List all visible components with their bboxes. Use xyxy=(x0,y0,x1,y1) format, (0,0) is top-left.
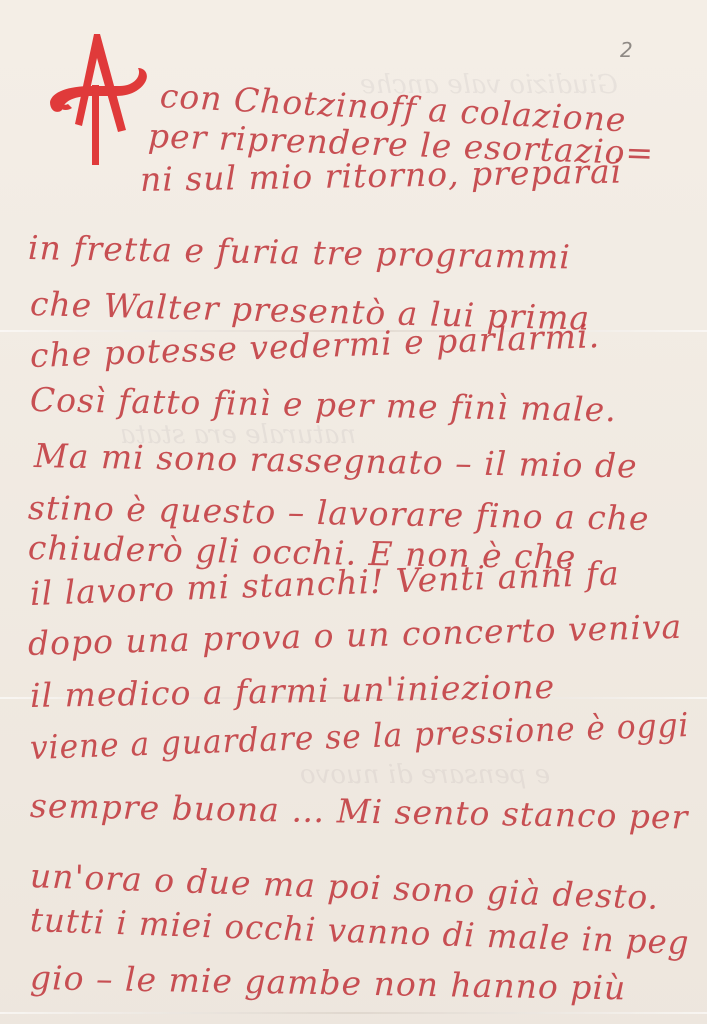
letter-line-3: ni sul mio ritorno, preparai xyxy=(140,152,623,199)
letter-line-13: il medico a farmi un'iniezione xyxy=(30,667,556,715)
letter-line-8: Ma mi sono rassegnato – il mio de xyxy=(34,436,638,486)
letter-line-18: gio – le mie gambe non hanno più xyxy=(30,958,627,1007)
letter-line-14: viene a guardare se la pressione è oggi xyxy=(29,705,690,767)
page-number-mark: 2 xyxy=(620,38,633,62)
monogram-a-icon xyxy=(42,30,152,168)
fold-crease xyxy=(0,1012,707,1014)
letter-line-12: dopo una prova o un concerto veniva xyxy=(27,607,682,663)
show-through-text: e pensare di nuovo xyxy=(300,760,550,790)
letter-line-4: in fretta e furia tre programmi xyxy=(28,228,572,276)
letter-line-7: Così fatto finì e per me finì male. xyxy=(30,380,617,429)
letter-page: Giudizio vale anche naturale era stata e… xyxy=(0,0,707,1024)
letter-line-15: sempre buona … Mi sento stanco per xyxy=(30,786,689,836)
